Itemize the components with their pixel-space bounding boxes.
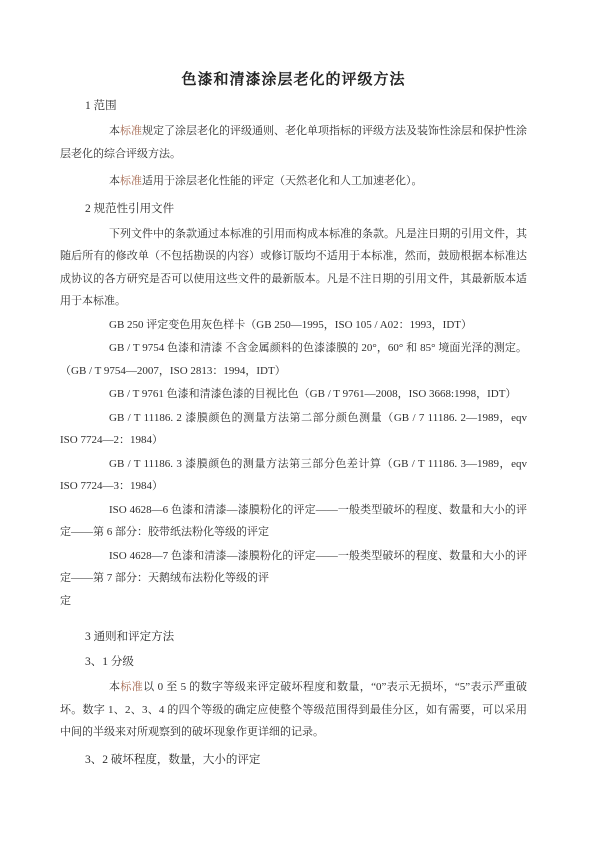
- document-title: 色漆和清漆涂层老化的评级方法: [60, 70, 527, 90]
- reference-item: GB / T 11186. 3 漆膜颜色的测量方法第三部分色差计算（GB / T…: [60, 453, 527, 498]
- text-run: 下列文件中的条款通过本标准的引用而构成本标准的条款。凡是注日期的引用文件，其随后…: [60, 228, 527, 308]
- paragraph: 本标准以 0 至 5 的数字等级来评定破坏程度和数量，“0”表示无损坏，“5”表…: [60, 676, 527, 744]
- paragraph: 本标准规定了涂层老化的评级通则、老化单项指标的评级方法及装饰性涂层和保护性涂层老…: [60, 120, 527, 165]
- document-body: 色漆和清漆涂层老化的评级方法 1 范围本标准规定了涂层老化的评级通则、老化单项指…: [0, 0, 600, 850]
- document-content: 1 范围本标准规定了涂层老化的评级通则、老化单项指标的评级方法及装饰性涂层和保护…: [60, 97, 527, 769]
- reference-item: GB / T 9754 色漆和清漆 不含金属颜料的色漆漆膜的 20°，60° 和…: [60, 337, 527, 382]
- text-run: ISO 4628—7 色漆和清漆—漆膜粉化的评定——一般类型破坏的程度、数量和大…: [60, 550, 527, 607]
- paragraph: 本标准适用于涂层老化性能的评定（天然老化和人工加速老化）。: [60, 170, 527, 193]
- reference-item: GB / T 11186. 2 漆膜颜色的测量方法第二部分颜色测量（GB / 7…: [60, 407, 527, 452]
- text-run: GB / T 11186. 3 漆膜颜色的测量方法第三部分色差计算（GB / T…: [60, 458, 530, 493]
- section-heading: 2 规范性引用文件: [85, 200, 527, 218]
- reference-item: ISO 4628—7 色漆和清漆—漆膜粉化的评定——一般类型破坏的程度、数量和大…: [60, 545, 527, 613]
- text-run: 本: [109, 125, 120, 137]
- document-page: 色漆和清漆涂层老化的评级方法 1 范围本标准规定了涂层老化的评级通则、老化单项指…: [0, 0, 600, 850]
- text-run: 适用于涂层老化性能的评定（天然老化和人工加速老化）。: [142, 175, 423, 187]
- text-run: GB / T 11186. 2 漆膜颜色的测量方法第二部分颜色测量（GB / 7…: [60, 412, 530, 447]
- paragraph: 下列文件中的条款通过本标准的引用而构成本标准的条款。凡是注日期的引用文件，其随后…: [60, 223, 527, 313]
- section-heading: 3、1 分级: [85, 653, 527, 671]
- highlighted-term: 标准: [120, 681, 143, 693]
- reference-item: GB 250 评定变色用灰色样卡（GB 250—1995，ISO 105 / A…: [60, 314, 527, 337]
- highlighted-term: 标准: [120, 125, 142, 137]
- reference-item: GB / T 9761 色漆和清漆色漆的目视比色（GB / T 9761—200…: [60, 383, 527, 406]
- text-run: 本: [109, 681, 120, 693]
- text-run: 本: [109, 175, 120, 187]
- text-run: ISO 4628—6 色漆和清漆—漆膜粉化的评定——一般类型破坏的程度、数量和大…: [60, 504, 527, 539]
- section-heading: 1 范围: [85, 97, 527, 115]
- section-heading: 3、2 破坏程度，数量，大小的评定: [85, 751, 527, 769]
- section-heading: 3 通则和评定方法: [85, 628, 527, 646]
- text-run: GB 250 评定变色用灰色样卡（GB 250—1995，ISO 105 / A…: [109, 319, 472, 331]
- reference-item: ISO 4628—6 色漆和清漆—漆膜粉化的评定——一般类型破坏的程度、数量和大…: [60, 499, 527, 544]
- highlighted-term: 标准: [120, 175, 142, 187]
- text-run: GB / T 9754 色漆和清漆 不含金属颜料的色漆漆膜的 20°，60° 和…: [60, 342, 527, 377]
- text-run: GB / T 9761 色漆和清漆色漆的目视比色（GB / T 9761—200…: [109, 388, 516, 400]
